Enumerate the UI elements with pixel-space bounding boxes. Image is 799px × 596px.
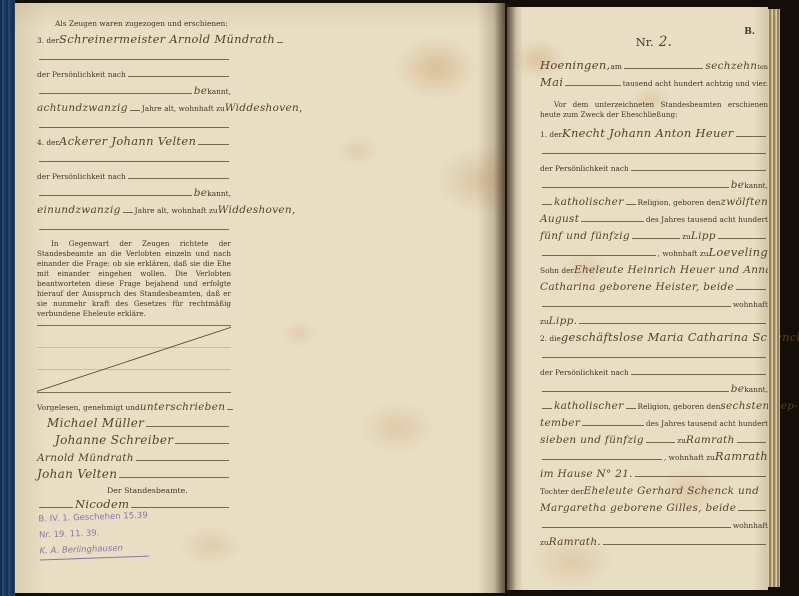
bride-parents-residence-line: zu Ramrath. bbox=[540, 532, 768, 549]
month-year-line: Mai tausend acht hundert achtzig und vie… bbox=[540, 73, 768, 90]
groom-religion-handwriting: katholischer bbox=[554, 196, 624, 209]
blank-rule bbox=[624, 68, 704, 69]
signature-handwriting: Johanne Schreiber bbox=[55, 433, 173, 448]
blank-rule bbox=[542, 391, 729, 392]
closing-handwriting: unterschrieben bbox=[140, 401, 226, 414]
blank-rule bbox=[136, 460, 229, 461]
year-printed-text: tausend acht hundert achtzig und vier. bbox=[623, 79, 768, 90]
identity-label: der Persönlichkeit nach bbox=[540, 368, 629, 379]
blank-rule bbox=[119, 477, 229, 478]
wohnhaft-label: wohnhaft bbox=[733, 300, 768, 311]
religion-label: Religion, geboren den bbox=[638, 198, 721, 209]
blank-rule bbox=[542, 527, 731, 528]
archive-stamp: B. IV. 1. Geschehen 15.39 Nr. 19. 11. 39… bbox=[38, 505, 240, 561]
blank-rule bbox=[579, 323, 766, 324]
blank-rule bbox=[198, 144, 229, 145]
cancellation-diagonal-line bbox=[37, 326, 231, 392]
bride-residence-handwriting: Ramrath bbox=[715, 449, 768, 464]
blank-rule bbox=[175, 443, 229, 444]
bride-parents-handwriting1: Eheleute Gerhard Schenck und bbox=[584, 485, 760, 498]
zu-label: zu bbox=[540, 317, 549, 328]
blank-rule bbox=[227, 409, 233, 410]
bride-parents-residence-handwriting: Ramrath. bbox=[549, 536, 601, 549]
signature-line: Michael Müller bbox=[47, 414, 231, 431]
blank-rule bbox=[542, 255, 656, 256]
bride-parents-line2: Margaretha geborene Gilles, beide bbox=[540, 498, 768, 515]
groom-residence-handwriting: Loeveling bbox=[709, 245, 769, 260]
stamp-signature: K. A. Berlinghausen bbox=[39, 540, 149, 561]
blank-rule bbox=[39, 161, 229, 162]
witness3-residence-handwriting: Widdeshoven, bbox=[225, 102, 303, 115]
record-number-label: Nr. bbox=[636, 35, 654, 51]
blank-rule-line bbox=[540, 141, 768, 158]
blank-rule bbox=[146, 426, 229, 427]
known-print-label: kannt, bbox=[207, 189, 231, 200]
groom-parents-line2: Catharina geborene Heister, beide bbox=[540, 277, 768, 294]
witness3-age-handwriting: achtundzwanzig bbox=[37, 102, 128, 115]
groom-parents-intro: Sohn der bbox=[540, 266, 574, 277]
age-suffix-label: Jahre alt, wohnhaft zu bbox=[142, 104, 225, 115]
declaration-paragraph: In Gegenwart der Zeugen richtete der Sta… bbox=[37, 239, 231, 319]
groom-residence-line: , wohnhaft zu Loeveling bbox=[540, 243, 768, 260]
place-date-line: Hoeningen, am sechzehn ten bbox=[540, 56, 768, 73]
blank-rule bbox=[123, 212, 133, 213]
blank-rule bbox=[646, 442, 675, 443]
groom-parents-residence-handwriting: Lipp. bbox=[549, 315, 578, 328]
witness3-name-line: 3. der Schreinermeister Arnold Mündrath bbox=[37, 30, 231, 47]
blank-rule bbox=[582, 425, 644, 426]
age-suffix-label: Jahre alt, wohnhaft zu bbox=[135, 206, 218, 217]
witness4-name-line: 4. der Ackerer Johann Velten bbox=[37, 132, 231, 149]
groom-known-line: be kannt, bbox=[540, 175, 768, 192]
bride-name-handwriting: geschäftslose Maria Catharina Schenck bbox=[561, 330, 799, 345]
blank-rule bbox=[542, 459, 662, 460]
blank-rule bbox=[39, 59, 229, 60]
groom-parents-handwriting2: Catharina geborene Heister, beide bbox=[540, 281, 734, 294]
groom-name-handwriting: Knecht Johann Anton Heuer bbox=[562, 126, 734, 141]
zu-label: zu bbox=[677, 436, 686, 447]
wohnhaft-zu-label: , wohnhaft zu bbox=[658, 249, 709, 260]
bride-birthday-handwriting: sechsten Sep- bbox=[720, 400, 798, 413]
record-number-handwriting: 2. bbox=[659, 34, 672, 51]
blank-rule-line bbox=[37, 115, 231, 132]
signature-handwriting: Michael Müller bbox=[47, 416, 144, 431]
groom-birthday-handwriting: zwölften bbox=[720, 196, 768, 209]
closing-printed-text: Vorgelesen, genehmigt und bbox=[37, 403, 140, 414]
signature-line: Johan Velten bbox=[37, 465, 231, 482]
witness3-name-handwriting: Schreinermeister Arnold Mündrath bbox=[59, 32, 275, 47]
witness3-identity-line: der Persönlichkeit nach bbox=[37, 64, 231, 81]
book-gutter-shadow bbox=[494, 3, 516, 593]
signature-line: Johanne Schreiber bbox=[55, 431, 231, 448]
groom-birthmonth-handwriting: August bbox=[540, 213, 579, 226]
blank-rule bbox=[632, 238, 680, 239]
bride-prefix: 2. die bbox=[540, 334, 561, 345]
witness4-known-handwriting: be bbox=[194, 187, 208, 200]
registrar-label: Der Standesbeamte. bbox=[107, 486, 231, 495]
witness4-prefix: 4. der bbox=[37, 138, 59, 149]
bride-religion-handwriting: katholischer bbox=[554, 400, 624, 413]
groom-identity-line: der Persönlichkeit nach bbox=[540, 158, 768, 175]
bride-house-line: im Hause N° 21. bbox=[540, 464, 768, 481]
groom-known-handwriting: be bbox=[731, 179, 745, 192]
witness3-age-line: achtundzwanzig Jahre alt, wohnhaft zu Wi… bbox=[37, 98, 231, 115]
right-page: B. Nr. 2. Hoeningen, am sechzehn ten Mai… bbox=[507, 7, 768, 590]
zu-label: zu bbox=[682, 232, 691, 243]
ten-suffix-label: ten bbox=[757, 63, 768, 73]
bride-birthyear-handwriting: sieben und fünfzig bbox=[540, 434, 644, 447]
bride-house-handwriting: im Hause N° 21. bbox=[540, 468, 633, 481]
blank-rule bbox=[39, 127, 229, 128]
bride-parents-wohnhaft-line: wohnhaft bbox=[540, 515, 768, 532]
groom-birthmonth-line: August des Jahres tausend acht hundert bbox=[540, 209, 768, 226]
identity-label: der Persönlichkeit nach bbox=[37, 172, 126, 183]
am-label: am bbox=[610, 62, 621, 73]
blank-rule bbox=[39, 93, 192, 94]
signature-handwriting: Johan Velten bbox=[37, 467, 117, 482]
witness3-known-line: be kannt, bbox=[37, 81, 231, 98]
blank-rule bbox=[626, 204, 636, 205]
groom-parents-handwriting1: Eheleute Heinrich Heuer und Anna bbox=[574, 264, 772, 277]
record-number-line: Nr. 2. bbox=[540, 31, 768, 50]
groom-prefix: 1. der bbox=[540, 130, 562, 141]
bride-identity-line: der Persönlichkeit nach bbox=[540, 362, 768, 379]
witness3-prefix: 3. der bbox=[37, 36, 59, 47]
wohnhaft-zu-label: , wohnhaft zu bbox=[664, 453, 715, 464]
bride-birthplace-handwriting: Ramrath bbox=[686, 434, 735, 447]
blank-rule bbox=[626, 408, 636, 409]
identity-label: der Persönlichkeit nach bbox=[37, 70, 126, 81]
left-page-text-column: Als Zeugen waren zugezogen und erschiene… bbox=[37, 19, 231, 512]
blank-rule bbox=[603, 544, 766, 545]
bride-parents-intro: Tochter der bbox=[540, 487, 584, 498]
blank-rule-line bbox=[37, 47, 231, 64]
jahres-label: des Jahres tausend acht hundert bbox=[646, 419, 768, 430]
blank-rule bbox=[277, 42, 283, 43]
blank-rule bbox=[542, 153, 766, 154]
jahres-label: des Jahres tausend acht hundert bbox=[646, 215, 768, 226]
bride-known-line: be kannt, bbox=[540, 379, 768, 396]
signature-line: Arnold Mündrath bbox=[37, 448, 231, 465]
blank-rule-line bbox=[37, 217, 231, 234]
blank-rule bbox=[631, 170, 766, 171]
right-page-text-column: Nr. 2. Hoeningen, am sechzehn ten Mai ta… bbox=[540, 17, 768, 549]
bride-known-handwriting: be bbox=[731, 383, 745, 396]
bride-parents-handwriting2: Margaretha geborene Gilles, beide bbox=[540, 502, 736, 515]
groom-parents-line1: Sohn der Eheleute Heinrich Heuer und Ann… bbox=[540, 260, 768, 277]
blank-rule bbox=[39, 229, 229, 230]
known-print-label: kannt, bbox=[744, 385, 768, 396]
blank-rule bbox=[128, 76, 229, 77]
blank-rule bbox=[130, 110, 140, 111]
groom-religion-line: katholischer Religion, geboren den zwölf… bbox=[540, 192, 768, 209]
blank-rule-line bbox=[540, 345, 768, 362]
blank-rule-line bbox=[37, 149, 231, 166]
blank-rule bbox=[738, 510, 766, 511]
blank-rule bbox=[631, 374, 766, 375]
blank-rule bbox=[736, 289, 766, 290]
voided-section bbox=[37, 325, 231, 393]
blank-rule bbox=[39, 507, 73, 508]
groom-parents-wohnhaft-line: wohnhaft bbox=[540, 294, 768, 311]
witness4-identity-line: der Persönlichkeit nach bbox=[37, 166, 231, 183]
witness4-age-handwriting: einundzwanzig bbox=[37, 204, 121, 217]
witness4-residence-handwriting: Widdeshoven, bbox=[218, 204, 296, 217]
wohnhaft-label: wohnhaft bbox=[733, 521, 768, 532]
groom-birthyear-line: fünf und fünfzig zu Lipp bbox=[540, 226, 768, 243]
known-print-label: kannt, bbox=[744, 181, 768, 192]
bride-residence-line: , wohnhaft zu Ramrath bbox=[540, 447, 768, 464]
groom-birthyear-handwriting: fünf und fünfzig bbox=[540, 230, 630, 243]
blank-rule bbox=[39, 195, 192, 196]
blank-rule bbox=[542, 306, 731, 307]
witness4-known-line: be kannt, bbox=[37, 183, 231, 200]
day-handwriting: sechzehn bbox=[705, 60, 757, 73]
blank-rule bbox=[542, 408, 552, 409]
blank-rule bbox=[128, 178, 229, 179]
bride-parents-line1: Tochter der Eheleute Gerhard Schenck und bbox=[540, 481, 768, 498]
blank-rule bbox=[542, 357, 766, 358]
book-binding bbox=[0, 0, 15, 596]
blank-rule bbox=[565, 85, 621, 86]
groom-parents-residence-line: zu Lipp. bbox=[540, 311, 768, 328]
appearance-intro-paragraph: Vor dem unterzeichneten Standesbeamten e… bbox=[540, 100, 768, 120]
witness-intro-text: Als Zeugen waren zugezogen und erschiene… bbox=[55, 19, 231, 30]
identity-label: der Persönlichkeit nach bbox=[540, 164, 629, 175]
witness4-name-handwriting: Ackerer Johann Velten bbox=[59, 134, 196, 149]
bride-birthmonth-line: tember des Jahres tausend acht hundert bbox=[540, 413, 768, 430]
signature-handwriting: Arnold Mündrath bbox=[37, 452, 134, 465]
known-print-label: kannt, bbox=[207, 87, 231, 98]
religion-label: Religion, geboren den bbox=[638, 402, 721, 413]
left-page: Als Zeugen waren zugezogen und erschiene… bbox=[15, 3, 505, 593]
bride-birthyear-line: sieben und fünfzig zu Ramrath bbox=[540, 430, 768, 447]
blank-rule bbox=[737, 442, 766, 443]
blank-rule bbox=[542, 187, 729, 188]
groom-birthplace-handwriting: Lipp bbox=[691, 230, 716, 243]
month-handwriting: Mai bbox=[540, 75, 563, 90]
place-handwriting: Hoeningen, bbox=[540, 58, 610, 73]
blank-rule bbox=[718, 238, 766, 239]
bride-name-line: 2. die geschäftslose Maria Catharina Sch… bbox=[540, 328, 768, 345]
witness4-age-line: einundzwanzig Jahre alt, wohnhaft zu Wid… bbox=[37, 200, 231, 217]
groom-name-line: 1. der Knecht Johann Anton Heuer bbox=[540, 124, 768, 141]
stacked-page-edges bbox=[768, 9, 780, 587]
blank-rule bbox=[581, 221, 644, 222]
bride-birthmonth-handwriting: tember bbox=[540, 417, 580, 430]
zu-label: zu bbox=[540, 538, 549, 549]
closing-line: Vorgelesen, genehmigt und unterschrieben bbox=[37, 397, 231, 414]
blank-rule bbox=[736, 136, 766, 137]
bride-religion-line: katholischer Religion, geboren den sechs… bbox=[540, 396, 768, 413]
blank-rule bbox=[635, 476, 766, 477]
blank-rule bbox=[542, 204, 552, 205]
witness3-known-handwriting: be bbox=[194, 85, 208, 98]
